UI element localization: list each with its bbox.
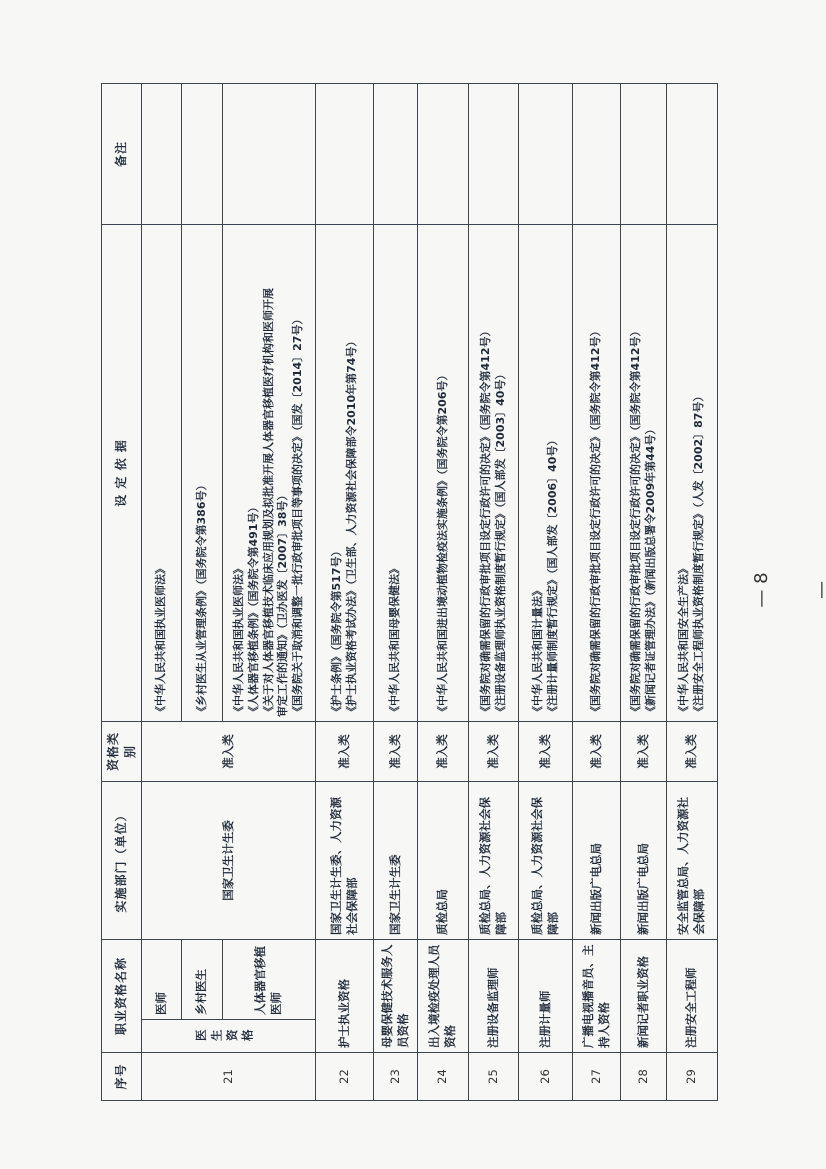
row-type: 准入类 [374, 721, 418, 781]
row-note [374, 83, 418, 224]
row-basis: 《中华人民共和国进出境动植物检疫法实施条例》（国务院令第206号） [418, 224, 469, 721]
row-dept: 质检总局 [418, 781, 469, 939]
header-dept: 实施部门（单位） [102, 781, 142, 939]
row-name: 注册设备监理师 [469, 939, 519, 1052]
row-name: 出入境检疫处理人员资格 [418, 939, 469, 1052]
table-row: 27广播电视播音员、主持人资格新闻出版广电总局准入类《国务院对确需保留的行政审批… [573, 83, 621, 1100]
row-basis: 《中华人民共和国执业医师法》《人体器官移植条例》（国务院令第491号）《关于对人… [223, 224, 316, 721]
row-dept: 国家卫生计生委、人力资源社会保障部 [316, 781, 374, 939]
header-seq: 序号 [102, 1053, 142, 1101]
basis-line: 《护士条例》（国务院令第517号） [330, 229, 345, 717]
row-basis: 《中华人民共和国安全生产法》《注册安全工程师执业资格制度暂行规定》（人发〔200… [667, 224, 718, 721]
row-type: 准入类 [418, 721, 469, 781]
table-row: 人体器官移植医师 《中华人民共和国执业医师法》《人体器官移植条例》（国务院令第4… [223, 83, 316, 1100]
basis-line: 《乡村医生从业管理条例》（国务院令第386号） [195, 229, 210, 717]
row-name: 母婴保健技术服务人员资格 [374, 939, 418, 1052]
header-row: 序号 职业资格名称 实施部门（单位） 资格类别 设 定 依 据 备注 [102, 83, 142, 1100]
header-note: 备注 [102, 83, 142, 224]
row-name: 医师 [142, 939, 182, 1019]
row-seq: 26 [519, 1053, 573, 1101]
row-note [142, 83, 182, 224]
table-row: 26注册计量师质检总局、人力资源社会保障部准入类《中华人民共和国计量法》《注册计… [519, 83, 573, 1100]
row-dept: 质检总局、人力资源社会保障部 [519, 781, 573, 939]
row-type: 准入类 [469, 721, 519, 781]
table-row: 29注册安全工程师安全监管总局、人力资源社会保障部准入类《中华人民共和国安全生产… [667, 83, 718, 1100]
basis-line: 《人体器官移植条例》（国务院令第491号） [247, 229, 262, 717]
row-basis: 《国务院对确需保留的行政审批项目设定行政许可的决定》（国务院令第412号） [573, 224, 621, 721]
row-note [667, 83, 718, 224]
row-basis: 《中华人民共和国母婴保健法》 [374, 224, 418, 721]
row-seq: 25 [469, 1053, 519, 1101]
table-row: 22护士执业资格国家卫生计生委、人力资源社会保障部准入类《护士条例》（国务院令第… [316, 83, 374, 1100]
table-row: 23母婴保健技术服务人员资格国家卫生计生委准入类《中华人民共和国母婴保健法》 [374, 83, 418, 1100]
basis-line: 《中华人民共和国进出境动植物检疫法实施条例》（国务院令第206号） [436, 229, 451, 717]
row-seq: 29 [667, 1053, 718, 1101]
rotated-page-table: 序号 职业资格名称 实施部门（单位） 资格类别 设 定 依 据 备注 21 医生… [101, 84, 717, 1101]
row-type: 准入类 [621, 721, 667, 781]
basis-line: 《注册设备监理师执业资格制度暂行规定》（国人部发〔2003〕40号） [494, 229, 509, 717]
basis-line: 《国务院对确需保留的行政审批项目设定行政许可的决定》（国务院令第412号） [589, 229, 604, 717]
row-note [316, 83, 374, 224]
row-type: 准入类 [573, 721, 621, 781]
row-dept: 国家卫生计生委 [142, 781, 316, 939]
row-name: 护士执业资格 [316, 939, 374, 1052]
basis-line: 《国务院对确需保留的行政审批项目设定行政许可的决定》（国务院令第412号） [629, 229, 644, 717]
row-type: 准入类 [316, 721, 374, 781]
row-note [519, 83, 573, 224]
row-name: 注册计量师 [519, 939, 573, 1052]
row-seq: 21 [142, 1053, 316, 1101]
row-dept: 新闻出版广电总局 [621, 781, 667, 939]
row-basis: 《国务院对确需保留的行政审批项目设定行政许可的决定》（国务院令第412号）《注册… [469, 224, 519, 721]
row-type: 准入类 [142, 721, 316, 781]
row-name: 广播电视播音员、主持人资格 [573, 939, 621, 1052]
row-dept: 新闻出版广电总局 [573, 781, 621, 939]
row-basis: 《护士条例》（国务院令第517号）《护士执业资格考试办法》（卫生部、人力资源社会… [316, 224, 374, 721]
row-note [573, 83, 621, 224]
basis-line: 《中华人民共和国安全生产法》 [677, 229, 692, 717]
row-basis: 《乡村医生从业管理条例》（国务院令第386号） [182, 224, 223, 721]
row-type: 准入类 [667, 721, 718, 781]
page-number: — 8 — [732, 570, 792, 610]
row-name: 人体器官移植医师 [223, 939, 316, 1019]
row-note [621, 83, 667, 224]
row-seq: 27 [573, 1053, 621, 1101]
header-name: 职业资格名称 [102, 939, 142, 1052]
table-row: 25注册设备监理师质检总局、人力资源社会保障部准入类《国务院对确需保留的行政审批… [469, 83, 519, 1100]
row-seq: 22 [316, 1053, 374, 1101]
table-row: 24出入境检疫处理人员资格质检总局准入类《中华人民共和国进出境动植物检疫法实施条… [418, 83, 469, 1100]
basis-line: 《中华人民共和国母婴保健法》 [388, 229, 403, 717]
row-basis: 《中华人民共和国计量法》《注册计量师制度暂行规定》（国人部发〔2006〕40号） [519, 224, 573, 721]
group-label: 医生资格 [142, 1020, 316, 1053]
basis-line: 《关于对人体器官移植技术临床应用规划及拟批准开展人体器官移植医疗机构和医师开展 [262, 229, 277, 717]
row-basis: 《中华人民共和国执业医师法》 [142, 224, 182, 721]
row-basis: 《国务院对确需保留的行政审批项目设定行政许可的决定》（国务院令第412号）《新闻… [621, 224, 667, 721]
basis-line: 《国务院关于取消和调整一批行政审批项目等事项的决定》（国发〔2014〕27号） [291, 229, 306, 717]
basis-line: 《注册计量师制度暂行规定》（国人部发〔2006〕40号） [546, 229, 561, 717]
basis-line: 《新闻记者证管理办法》（新闻出版总署令2009年第44号） [644, 229, 659, 717]
basis-line: 《中华人民共和国执业医师法》 [232, 229, 247, 717]
row-seq: 23 [374, 1053, 418, 1101]
row-name: 乡村医生 [182, 939, 223, 1019]
row-dept: 质检总局、人力资源社会保障部 [469, 781, 519, 939]
row-note [418, 83, 469, 224]
row-type: 准入类 [519, 721, 573, 781]
basis-line: 《注册安全工程师执业资格制度暂行规定》（人发〔2002〕87号） [692, 229, 707, 717]
row-note [182, 83, 223, 224]
row-dept: 安全监管总局、人力资源社会保障部 [667, 781, 718, 939]
basis-line: 《中华人民共和国计量法》 [531, 229, 546, 717]
row-note [223, 83, 316, 224]
basis-line: 《中华人民共和国执业医师法》 [154, 229, 169, 717]
row-seq: 24 [418, 1053, 469, 1101]
table-row: 28新闻记者职业资格新闻出版广电总局准入类《国务院对确需保留的行政审批项目设定行… [621, 83, 667, 1100]
row-name: 新闻记者职业资格 [621, 939, 667, 1052]
header-type: 资格类别 [102, 721, 142, 781]
table-row: 21 医生资格 医师 国家卫生计生委 准入类 《中华人民共和国执业医师法》 [142, 83, 182, 1100]
basis-line: 审定工作的通知》（卫办医发〔2007〕38号） [276, 229, 291, 717]
row-name: 注册安全工程师 [667, 939, 718, 1052]
table-row: 乡村医生 《乡村医生从业管理条例》（国务院令第386号） [182, 83, 223, 1100]
basis-line: 《国务院对确需保留的行政审批项目设定行政许可的决定》（国务院令第412号） [479, 229, 494, 717]
row-dept: 国家卫生计生委 [374, 781, 418, 939]
row-note [469, 83, 519, 224]
basis-line: 《护士执业资格考试办法》（卫生部、人力资源社会保障部令2010年第74号） [345, 229, 360, 717]
row-seq: 28 [621, 1053, 667, 1101]
qualification-table: 序号 职业资格名称 实施部门（单位） 资格类别 设 定 依 据 备注 21 医生… [101, 83, 718, 1101]
header-basis: 设 定 依 据 [102, 224, 142, 721]
